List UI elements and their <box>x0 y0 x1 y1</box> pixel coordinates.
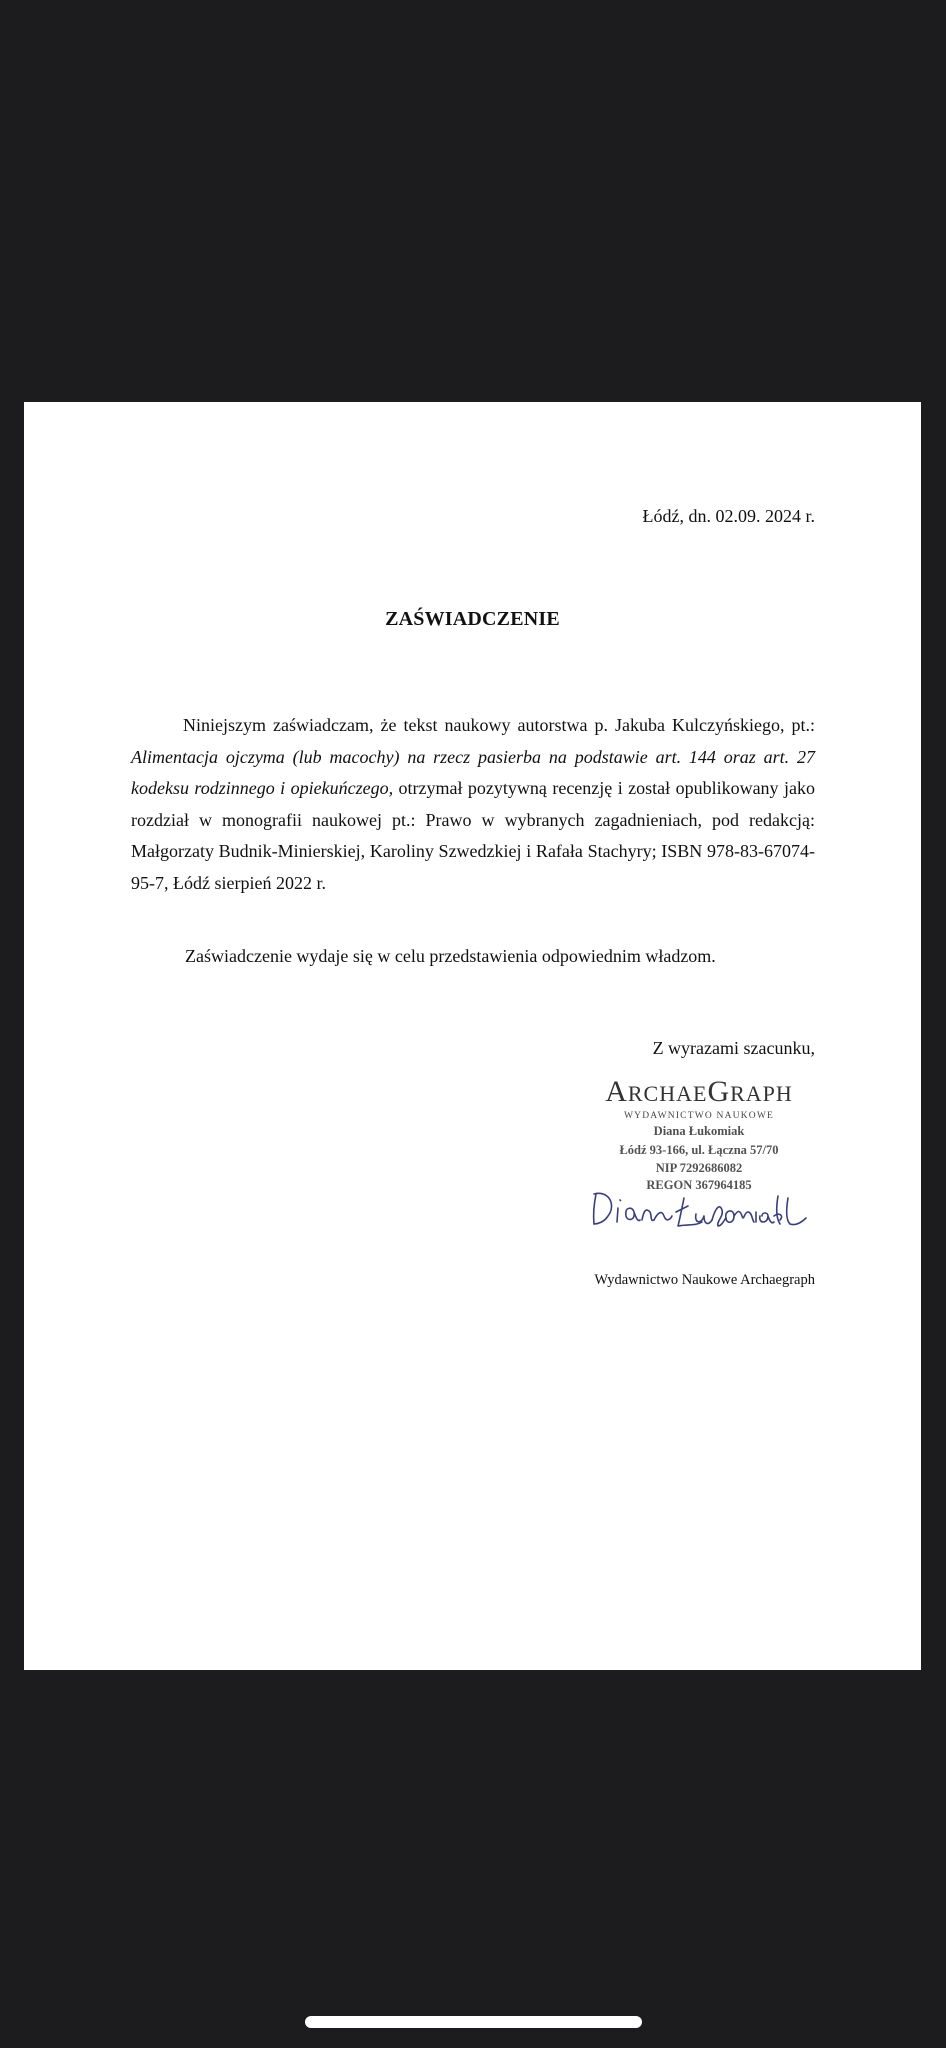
closing-note: Zaświadczenie wydaje się w celu przedsta… <box>185 946 716 967</box>
stamp-logo-letters: RAPH <box>730 1081 793 1106</box>
home-indicator[interactable] <box>305 2016 642 2028</box>
stamp-logo-letter: A <box>605 1075 628 1108</box>
stamp-nip: NIP 7292686082 <box>574 1160 824 1177</box>
stamp-logo-letters: RCHAE <box>628 1081 708 1106</box>
signature-icon <box>584 1182 834 1242</box>
document-title: ZAŚWIADCZENIE <box>24 608 921 631</box>
stamp-logo: ARCHAEGRAPH <box>574 1076 824 1110</box>
publisher-stamp: ARCHAEGRAPH Wydawnictwo Naukowe Diana Łu… <box>574 1076 824 1194</box>
stamp-subtitle: Wydawnictwo Naukowe <box>574 1110 824 1122</box>
stamp-owner: Diana Łukomiak <box>574 1122 824 1141</box>
body-text-part1: Niniejszym zaświadczam, że tekst naukowy… <box>183 715 815 735</box>
publisher-name: Wydawnictwo Naukowe Archaegraph <box>594 1272 815 1289</box>
stamp-logo-letter: G <box>707 1075 730 1108</box>
stamp-address: Łódź 93-166, ul. Łączna 57/70 <box>574 1141 824 1160</box>
regards-line: Z wyrazami szacunku, <box>653 1038 815 1059</box>
document-date: Łódź, dn. 02.09. 2024 r. <box>643 506 816 527</box>
document-body: Niniejszym zaświadczam, że tekst naukowy… <box>131 710 815 899</box>
document-page: Łódź, dn. 02.09. 2024 r. ZAŚWIADCZENIE N… <box>24 402 921 1670</box>
